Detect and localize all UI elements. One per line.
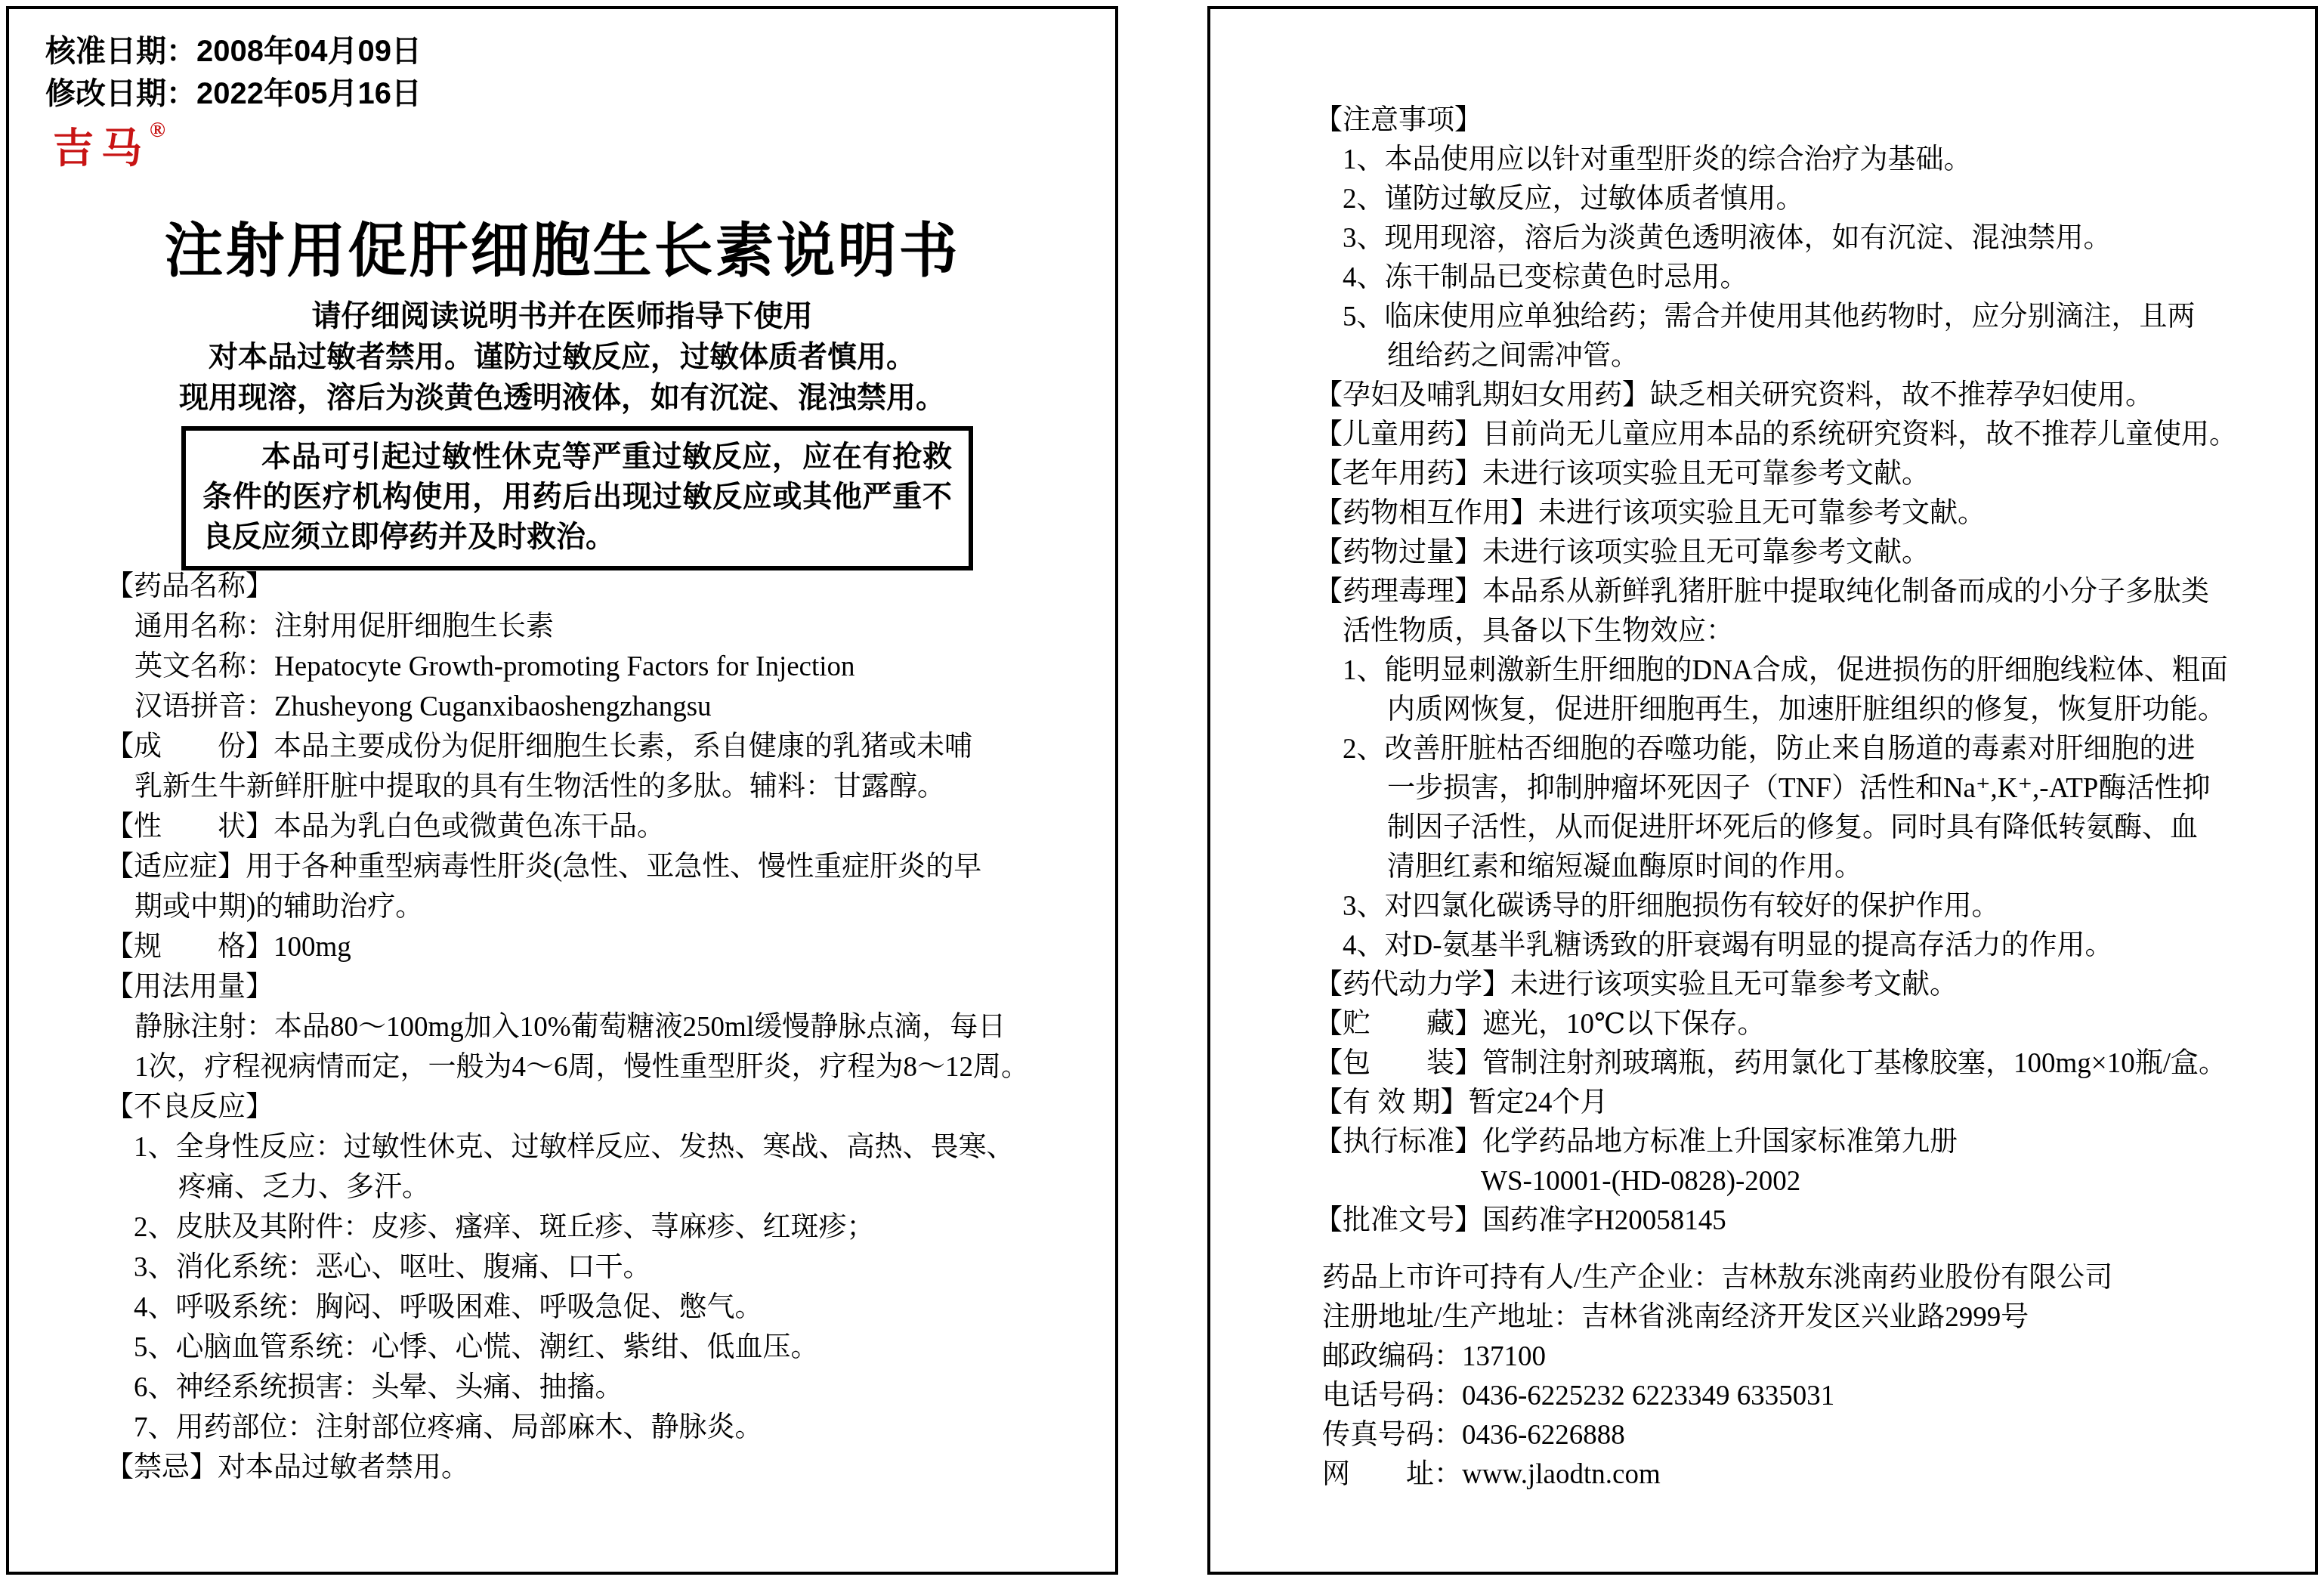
text-line: 内质网恢复，促进肝细胞再生，加速肝脏组织的修复，恢复肝功能。 (1315, 691, 2288, 730)
text-line: 【药物过量】未进行该项实验且无可靠参考文献。 (1315, 533, 2288, 573)
text-line: 【儿童用药】目前尚无儿童应用本品的系统研究资料，故不推荐儿童使用。 (1315, 416, 2288, 455)
text-line: 药品上市许可持有人/生产企业：吉林敖东洮南药业股份有限公司 (1315, 1259, 2288, 1298)
text-line: 对本品过敏者禁用。谨防过敏反应，过敏体质者慎用。 (9, 337, 1115, 378)
text-line: 5、临床使用应单独给药；需合并使用其他药物时，应分别滴注，且两 (1315, 298, 2288, 337)
text-line: 疼痛、乏力、多汗。 (106, 1167, 1080, 1207)
text-line: 3、对四氯化碳诱导的肝细胞损伤有较好的保护作用。 (1315, 887, 2288, 926)
text-line: 【药代动力学】未进行该项实验且无可靠参考文献。 (1315, 966, 2288, 1005)
text-line: 【包 装】管制注射剂玻璃瓶，药用氯化丁基橡胶塞，100mg×10瓶/盒。 (1315, 1044, 2288, 1084)
text-line: 7、用药部位：注射部位疼痛、局部麻木、静脉炎。 (106, 1408, 1080, 1448)
text-line: 【执行标准】化学药品地方标准上升国家标准第九册 (1315, 1123, 2288, 1162)
intro-notice: 请仔细阅读说明书并在医师指导下使用对本品过敏者禁用。谨防过敏反应，过敏体质者慎用… (9, 296, 1115, 419)
text-line: 【药品名称】 (106, 567, 1080, 607)
text-line: 请仔细阅读说明书并在医师指导下使用 (9, 296, 1115, 337)
text-line: 组给药之间需冲管。 (1315, 337, 2288, 376)
text-line: 一步损害，抑制肿瘤坏死因子（TNF）活性和Na⁺,K⁺,-ATP酶活性抑 (1315, 769, 2288, 809)
text-line: 修改日期：2022年05月16日 (45, 73, 422, 115)
document-title: 注射用促肝细胞生长素说明书 (9, 204, 1115, 289)
text-line: 汉语拼音：Zhusheyong Cuganxibaoshengzhangsu (106, 687, 1080, 727)
package-insert: 核准日期：2008年04月09日修改日期：2022年05月16日 吉马® 注射用… (0, 0, 2324, 1583)
text-line: 1次，疗程视病情而定，一般为4～6周，慢性重型肝炎，疗程为8～12周。 (106, 1047, 1080, 1087)
text-line: 邮政编码：137100 (1315, 1337, 2288, 1377)
text-line: 【老年用药】未进行该项实验且无可靠参考文献。 (1315, 455, 2288, 494)
text-line: 【药物相互作用】未进行该项实验且无可靠参考文献。 (1315, 494, 2288, 533)
registered-trademark-icon: ® (150, 119, 165, 142)
text-line: 3、现用现溶，溶后为淡黄色透明液体，如有沉淀、混浊禁用。 (1315, 219, 2288, 258)
text-line: 4、呼吸系统：胸闷、呼吸困难、呼吸急促、憋气。 (106, 1288, 1080, 1328)
text-line: 5、心脑血管系统：心悸、心慌、潮红、紫绀、低血压。 (106, 1328, 1080, 1368)
text-line: 【禁忌】对本品过敏者禁用。 (106, 1448, 1080, 1488)
text-line: 1、能明显刺激新生肝细胞的DNA合成，促进损伤的肝细胞线粒体、粗面 (1315, 651, 2288, 691)
text-line: 1、全身性反应：过敏性休克、过敏样反应、发热、寒战、高热、畏寒、 (106, 1127, 1080, 1167)
text-line: 乳新生牛新鲜肝脏中提取的具有生物活性的多肽。辅料：甘露醇。 (106, 767, 1080, 807)
text-line: 【适应症】用于各种重型病毒性肝炎(急性、亚急性、慢性重症肝炎的早 (106, 847, 1080, 887)
text-line: 4、冻干制品已变棕黄色时忌用。 (1315, 258, 2288, 298)
text-line: 【孕妇及哺乳期妇女用药】缺乏相关研究资料，故不推荐孕妇使用。 (1315, 376, 2288, 416)
brand-logo: 吉马® (53, 116, 165, 175)
text-line: 清胆红素和缩短凝血酶原时间的作用。 (1315, 848, 2288, 887)
text-line: 1、本品使用应以针对重型肝炎的综合治疗为基础。 (1315, 141, 2288, 180)
text-line: 【不良反应】 (106, 1087, 1080, 1127)
text-line: 传真号码：0436-6226888 (1315, 1416, 2288, 1455)
approval-dates: 核准日期：2008年04月09日修改日期：2022年05月16日 (45, 30, 422, 115)
text-line: 【性 状】本品为乳白色或微黄色冻干品。 (106, 807, 1080, 847)
page-left: 核准日期：2008年04月09日修改日期：2022年05月16日 吉马® 注射用… (6, 6, 1118, 1575)
text-line: 【成 份】本品主要成份为促肝细胞生长素，系自健康的乳猪或未哺 (106, 727, 1080, 767)
text-line: 英文名称：Hepatocyte Growth-promoting Factors… (106, 647, 1080, 687)
brand-logo-text: 吉马 (53, 126, 150, 172)
page-right: 【注意事项】1、本品使用应以针对重型肝炎的综合治疗为基础。2、谨防过敏反应，过敏… (1207, 6, 2318, 1575)
text-line: 3、消化系统：恶心、呕吐、腹痛、口干。 (106, 1248, 1080, 1288)
text-line: 活性物质，具备以下生物效应： (1315, 612, 2288, 651)
text-line: 4、对D-氨基半乳糖诱致的肝衰竭有明显的提高存活力的作用。 (1315, 926, 2288, 966)
warning-box: 本品可引起过敏性休克等严重过敏反应，应在有抢救条件的医疗机构使用，用药后出现过敏… (181, 426, 973, 570)
text-line: WS-10001-(HD-0828)-2002 (1315, 1162, 2288, 1201)
text-line: 【用法用量】 (106, 967, 1080, 1007)
text-line: 【药理毒理】本品系从新鲜乳猪肝脏中提取纯化制备而成的小分子多肽类 (1315, 573, 2288, 612)
text-line: 2、谨防过敏反应，过敏体质者慎用。 (1315, 180, 2288, 219)
text-line: 2、皮肤及其附件：皮疹、瘙痒、斑丘疹、荨麻疹、红斑疹； (106, 1207, 1080, 1248)
text-line: 电话号码：0436-6225232 6223349 6335031 (1315, 1377, 2288, 1416)
text-line: 静脉注射：本品80～100mg加入10%葡萄糖液250ml缓慢静脉点滴，每日 (106, 1007, 1080, 1047)
text-line: 2、改善肝脏枯否细胞的吞噬功能，防止来自肠道的毒素对肝细胞的进 (1315, 730, 2288, 769)
text-line: 现用现溶，溶后为淡黄色透明液体，如有沉淀、混浊禁用。 (9, 378, 1115, 419)
text-line: 6、神经系统损害：头晕、头痛、抽搐。 (106, 1368, 1080, 1408)
text-line: 【有 效 期】暂定24个月 (1315, 1084, 2288, 1123)
text-line: 制因子活性，从而促进肝坏死后的修复。同时具有降低转氨酶、血 (1315, 809, 2288, 848)
left-body-text: 【药品名称】通用名称：注射用促肝细胞生长素英文名称：Hepatocyte Gro… (106, 567, 1080, 1488)
text-line: 【规 格】100mg (106, 927, 1080, 967)
text-line: 【注意事项】 (1315, 101, 2288, 141)
text-line: 核准日期：2008年04月09日 (45, 30, 422, 73)
right-body-text: 【注意事项】1、本品使用应以针对重型肝炎的综合治疗为基础。2、谨防过敏反应，过敏… (1315, 101, 2288, 1495)
text-line: 期或中期)的辅助治疗。 (106, 887, 1080, 927)
text-line: 通用名称：注射用促肝细胞生长素 (106, 607, 1080, 647)
text-line: 【贮 藏】遮光，10℃以下保存。 (1315, 1005, 2288, 1044)
text-line: 网 址：www.jlaodtn.com (1315, 1455, 2288, 1495)
text-line: 【批准文号】国药准字H20058145 (1315, 1201, 2288, 1241)
text-line: 注册地址/生产地址：吉林省洮南经济开发区兴业路2999号 (1315, 1298, 2288, 1337)
